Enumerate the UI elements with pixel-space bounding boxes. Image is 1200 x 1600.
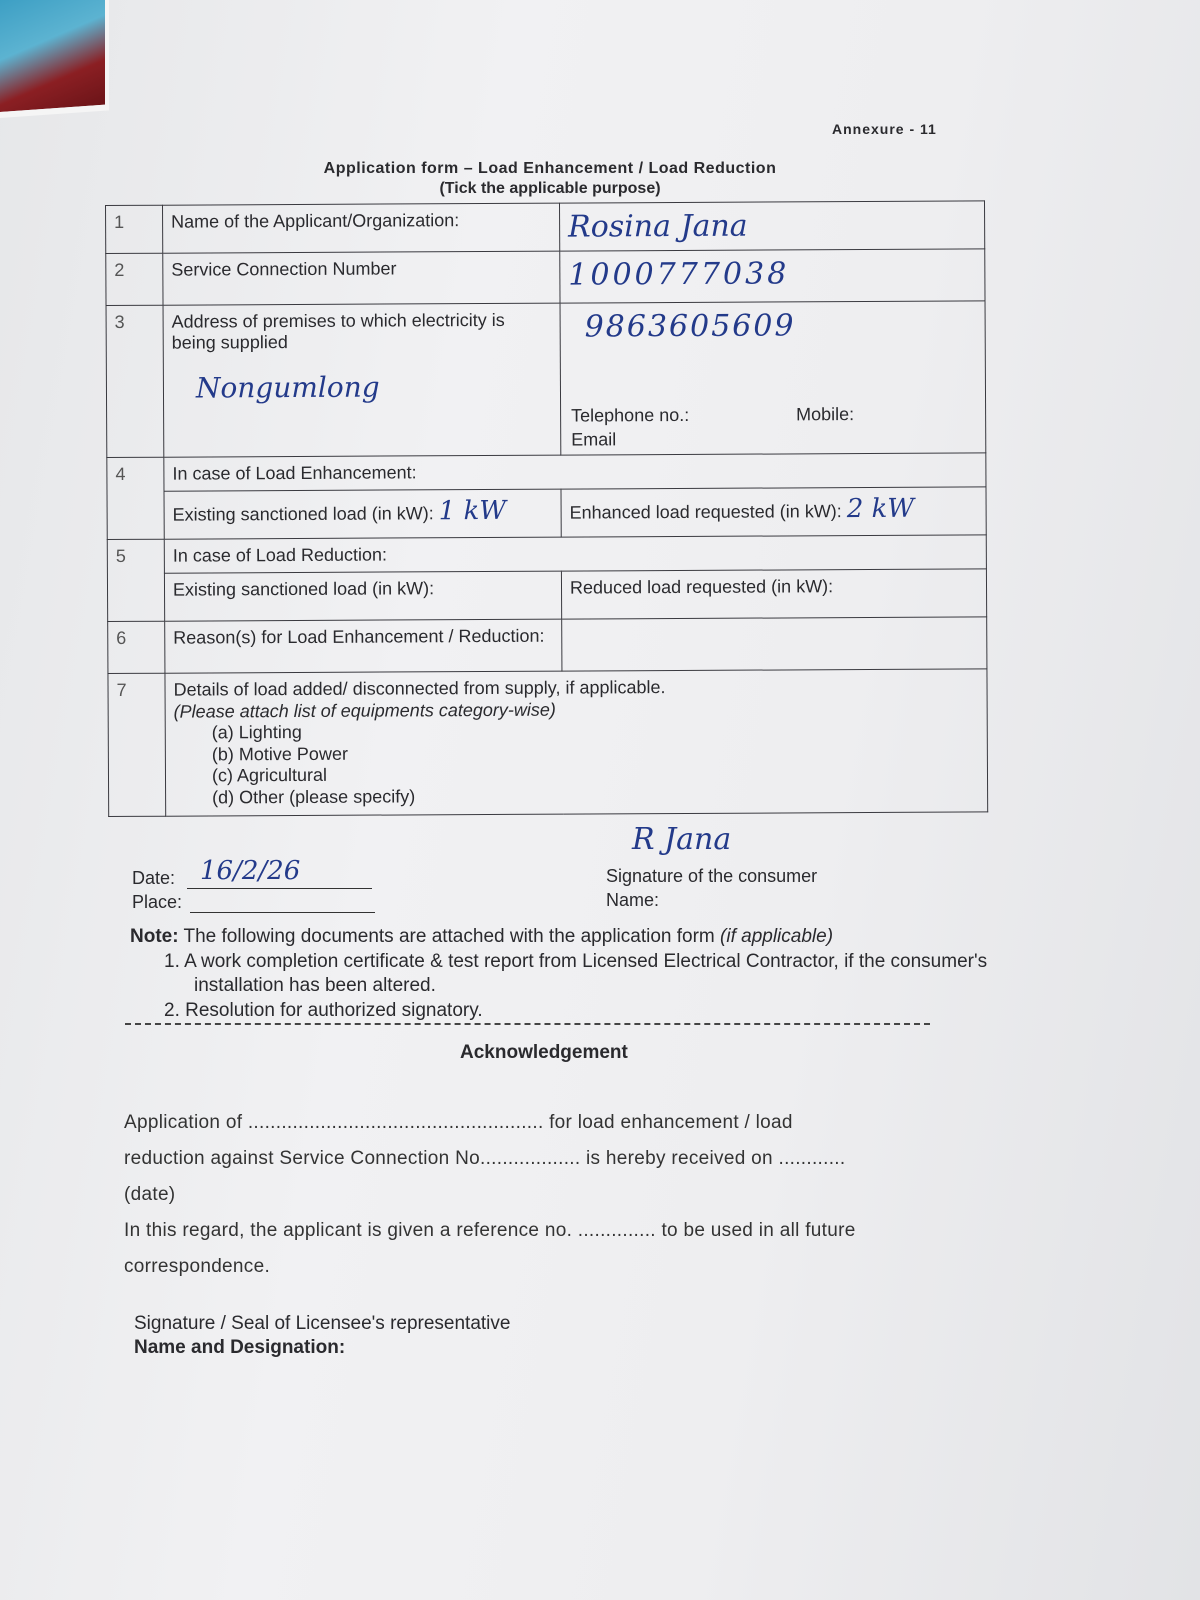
- address-value[interactable]: Nongumlong: [196, 370, 552, 405]
- field-label: Reason(s) for Load Enhancement / Reducti…: [165, 619, 562, 673]
- licensee-name-label: Name and Designation:: [134, 1337, 345, 1359]
- row-number: 3: [106, 305, 164, 457]
- row-reason: 6 Reason(s) for Load Enhancement / Reduc…: [108, 617, 987, 674]
- note-text: The following documents are attached wit…: [184, 926, 715, 947]
- signature-label: Signature of the consumer: [606, 866, 817, 887]
- field-label[interactable]: Reduced load requested (in kW):: [561, 569, 986, 619]
- section-heading: In case of Load Enhancement:: [164, 453, 986, 491]
- row-number: 6: [108, 621, 165, 673]
- row-number: 2: [106, 253, 163, 305]
- cut-line: [125, 1023, 930, 1025]
- form-page: Annexure - 11 Application form – Load En…: [0, 0, 1200, 1600]
- applicant-photo-corner: [0, 0, 109, 118]
- date-value[interactable]: 16/2/26: [200, 856, 300, 886]
- ack-line-5: correspondence.: [124, 1256, 974, 1278]
- application-table: 1 Name of the Applicant/Organization: Ro…: [105, 200, 988, 816]
- row-reduction-heading: 5 In case of Load Reduction:: [107, 535, 986, 574]
- note-section: Note: The following documents are attach…: [130, 925, 990, 1024]
- existing-load-value[interactable]: 1 kW: [439, 496, 506, 526]
- row-enhancement-values: Existing sanctioned load (in kW): 1 kW E…: [107, 487, 986, 540]
- date-label: Date:: [132, 868, 175, 889]
- date-line: [187, 888, 372, 889]
- applicant-name-value[interactable]: Rosina Jana: [568, 209, 748, 245]
- note-item: 2. Resolution for authorized signatory.: [164, 999, 990, 1024]
- note-item: 1. A work completion certificate & test …: [164, 950, 990, 999]
- telephone-label: Telephone no.:: [571, 405, 689, 427]
- ack-line-1: Application of .........................…: [124, 1112, 974, 1134]
- ack-line-4: In this regard, the applicant is given a…: [124, 1220, 974, 1242]
- field-label: Name of the Applicant/Organization:: [163, 203, 560, 253]
- form-title: Application form – Load Enhancement / Lo…: [270, 160, 830, 178]
- load-category-item: (d) Other (please specify): [212, 783, 979, 809]
- row-number: 1: [106, 205, 163, 253]
- email-label: Email: [571, 429, 616, 450]
- acknowledgement-title: Acknowledgement: [460, 1042, 628, 1064]
- field-label: Enhanced load requested (in kW):: [570, 501, 842, 522]
- row-number: 5: [107, 539, 164, 621]
- section-heading: In case of Load Reduction:: [164, 535, 986, 573]
- note-lead: Note:: [130, 926, 179, 947]
- field-label: Address of premises to which electricity…: [172, 310, 552, 354]
- ack-line-2: reduction against Service Connection No.…: [124, 1148, 974, 1170]
- ack-line-3: (date): [124, 1184, 974, 1206]
- mobile-label: Mobile:: [796, 404, 854, 425]
- licensee-signature-label: Signature / Seal of Licensee's represent…: [134, 1313, 510, 1335]
- consumer-signature[interactable]: R Jana: [632, 822, 731, 857]
- row-reduction-values: Existing sanctioned load (in kW): Reduce…: [107, 569, 986, 622]
- place-line[interactable]: [190, 912, 375, 913]
- form-subtitle: (Tick the applicable purpose): [270, 180, 830, 198]
- enhanced-load-value[interactable]: 2 kW: [847, 494, 914, 524]
- row-number: 7: [108, 673, 166, 816]
- field-label[interactable]: Existing sanctioned load (in kW):: [164, 571, 561, 621]
- annexure-label: Annexure - 11: [832, 121, 937, 137]
- name-label: Name:: [606, 890, 659, 911]
- reason-value[interactable]: [562, 617, 987, 671]
- service-connection-value[interactable]: 1000777038: [568, 256, 789, 292]
- row-applicant-name: 1 Name of the Applicant/Organization: Ro…: [106, 201, 985, 254]
- note-qualifier: (if applicable): [720, 926, 833, 947]
- place-label: Place:: [132, 892, 182, 913]
- row-number: 4: [107, 457, 164, 539]
- row-enhancement-heading: 4 In case of Load Enhancement:: [107, 453, 986, 492]
- row-service-connection: 2 Service Connection Number 1000777038: [106, 249, 985, 306]
- row-load-details: 7 Details of load added/ disconnected fr…: [108, 669, 988, 816]
- field-label: Service Connection Number: [163, 251, 560, 305]
- phone-value[interactable]: 9863605609: [585, 307, 977, 344]
- row-address: 3 Address of premises to which electrici…: [106, 301, 986, 458]
- field-label: Existing sanctioned load (in kW):: [173, 503, 434, 524]
